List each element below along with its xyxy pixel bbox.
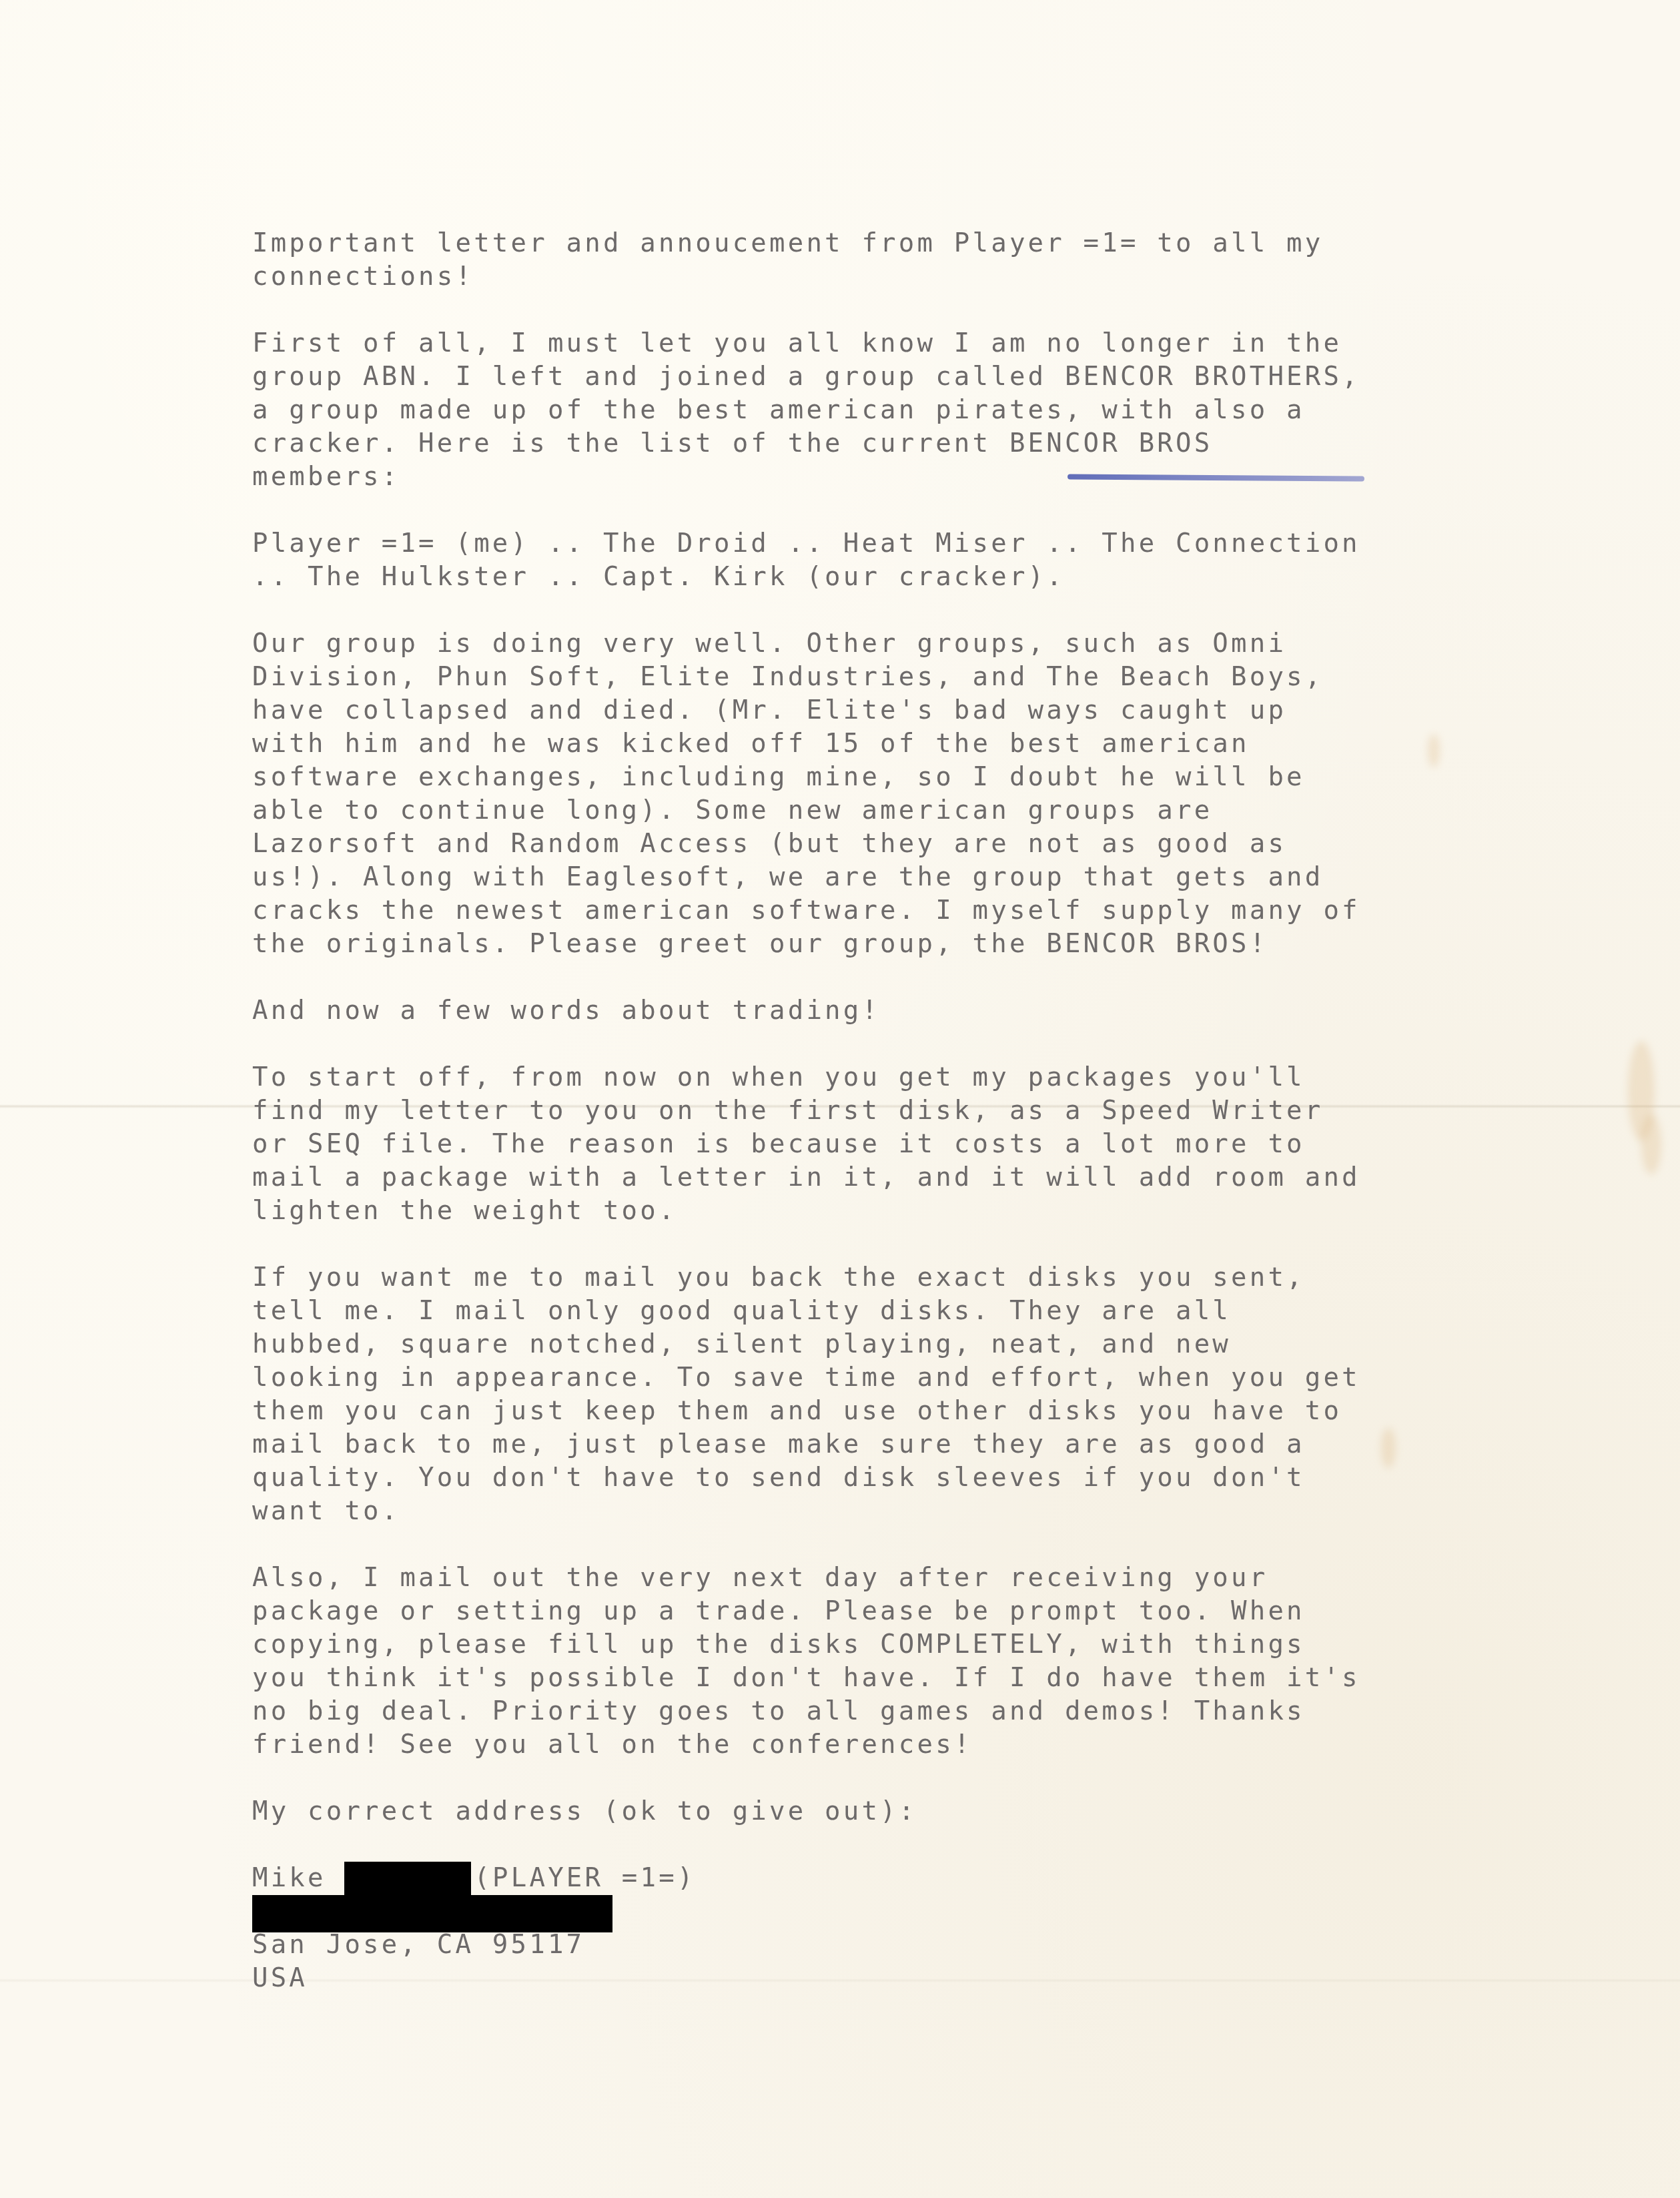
letter-line: looking in appearance. To save time and … <box>252 1361 1453 1395</box>
letter-line: you think it's possible I don't have. If… <box>252 1662 1453 1695</box>
letter-line: lighten the weight too. <box>252 1194 1453 1228</box>
signature-country: USA <box>252 1962 1453 1995</box>
letter-line: Also, I mail out the very next day after… <box>252 1561 1453 1595</box>
letter-paragraph: Also, I mail out the very next day after… <box>252 1561 1453 1762</box>
letter-line: hubbed, square notched, silent playing, … <box>252 1328 1453 1361</box>
letter-line: Division, Phun Soft, Elite Industries, a… <box>252 661 1453 694</box>
letter-line: with him and he was kicked off 15 of the… <box>252 727 1453 761</box>
letter-line: package or setting up a trade. Please be… <box>252 1595 1453 1628</box>
letter-line: us!). Along with Eaglesoft, we are the g… <box>252 861 1453 894</box>
letter-line: First of all, I must let you all know I … <box>252 327 1453 360</box>
letter-line: If you want me to mail you back the exac… <box>252 1261 1453 1295</box>
letter-line: And now a few words about trading! <box>252 994 1453 1028</box>
letter-line: want to. <box>252 1495 1453 1528</box>
signature-block: Mike (PLAYER =1=)San Jose, CA 95117USA <box>252 1862 1453 1995</box>
letter-paragraph: Important letter and annoucement from Pl… <box>252 227 1453 294</box>
signature-first-name: Mike <box>252 1863 344 1893</box>
letter-line: members: <box>252 460 1453 494</box>
letter-line: a group made up of the best american pir… <box>252 394 1453 427</box>
letter-line: group ABN. I left and joined a group cal… <box>252 360 1453 394</box>
letter-line: To start off, from now on when you get m… <box>252 1061 1453 1094</box>
letter-line: mail back to me, just please make sure t… <box>252 1428 1453 1461</box>
letter-line: connections! <box>252 260 1453 294</box>
redacted-surname-bar <box>344 1862 471 1895</box>
letter-line: able to continue long). Some new america… <box>252 794 1453 827</box>
letter-line: My correct address (ok to give out): <box>252 1795 1453 1828</box>
letter-paragraph: If you want me to mail you back the exac… <box>252 1261 1453 1528</box>
letter-line: friend! See you all on the conferences! <box>252 1728 1453 1762</box>
letter-line: them you can just keep them and use othe… <box>252 1395 1453 1428</box>
letter-line: no big deal. Priority goes to all games … <box>252 1695 1453 1728</box>
letter-line: Player =1= (me) .. The Droid .. Heat Mis… <box>252 527 1453 561</box>
letter-paper: Important letter and annoucement from Pl… <box>0 0 1680 2198</box>
redacted-street-bar <box>252 1895 612 1932</box>
letter-paragraph: First of all, I must let you all know I … <box>252 327 1453 494</box>
letter-line: tell me. I mail only good quality disks.… <box>252 1295 1453 1328</box>
paper-stain <box>1641 1114 1661 1174</box>
letter-line: have collapsed and died. (Mr. Elite's ba… <box>252 694 1453 727</box>
letter-paragraph: Our group is doing very well. Other grou… <box>252 627 1453 961</box>
signature-city-line: San Jose, CA 95117 <box>252 1928 1453 1962</box>
letter-paragraph: To start off, from now on when you get m… <box>252 1061 1453 1228</box>
letter-paragraph: And now a few words about trading! <box>252 994 1453 1028</box>
letter-line: copying, please fill up the disks COMPLE… <box>252 1628 1453 1662</box>
letter-body: Important letter and annoucement from Pl… <box>252 227 1453 1995</box>
letter-line: software exchanges, including mine, so I… <box>252 761 1453 794</box>
letter-paragraph: Player =1= (me) .. The Droid .. Heat Mis… <box>252 527 1453 594</box>
letter-line: quality. You don't have to send disk sle… <box>252 1461 1453 1495</box>
letter-line: .. The Hulkster .. Capt. Kirk (our crack… <box>252 561 1453 594</box>
letter-line: Important letter and annoucement from Pl… <box>252 227 1453 260</box>
signature-name-line: Mike (PLAYER =1=) <box>252 1862 1453 1895</box>
letter-line: or SEQ file. The reason is because it co… <box>252 1128 1453 1161</box>
letter-line: find my letter to you on the first disk,… <box>252 1094 1453 1128</box>
letter-paragraph: My correct address (ok to give out): <box>252 1795 1453 1828</box>
letter-line: cracker. Here is the list of the current… <box>252 427 1453 460</box>
letter-line: Lazorsoft and Random Access (but they ar… <box>252 827 1453 861</box>
letter-line: Our group is doing very well. Other grou… <box>252 627 1453 661</box>
signature-handle: (PLAYER =1=) <box>474 1863 695 1893</box>
letter-line: cracks the newest american software. I m… <box>252 894 1453 928</box>
letter-line: the originals. Please greet our group, t… <box>252 928 1453 961</box>
letter-line: mail a package with a letter in it, and … <box>252 1161 1453 1194</box>
